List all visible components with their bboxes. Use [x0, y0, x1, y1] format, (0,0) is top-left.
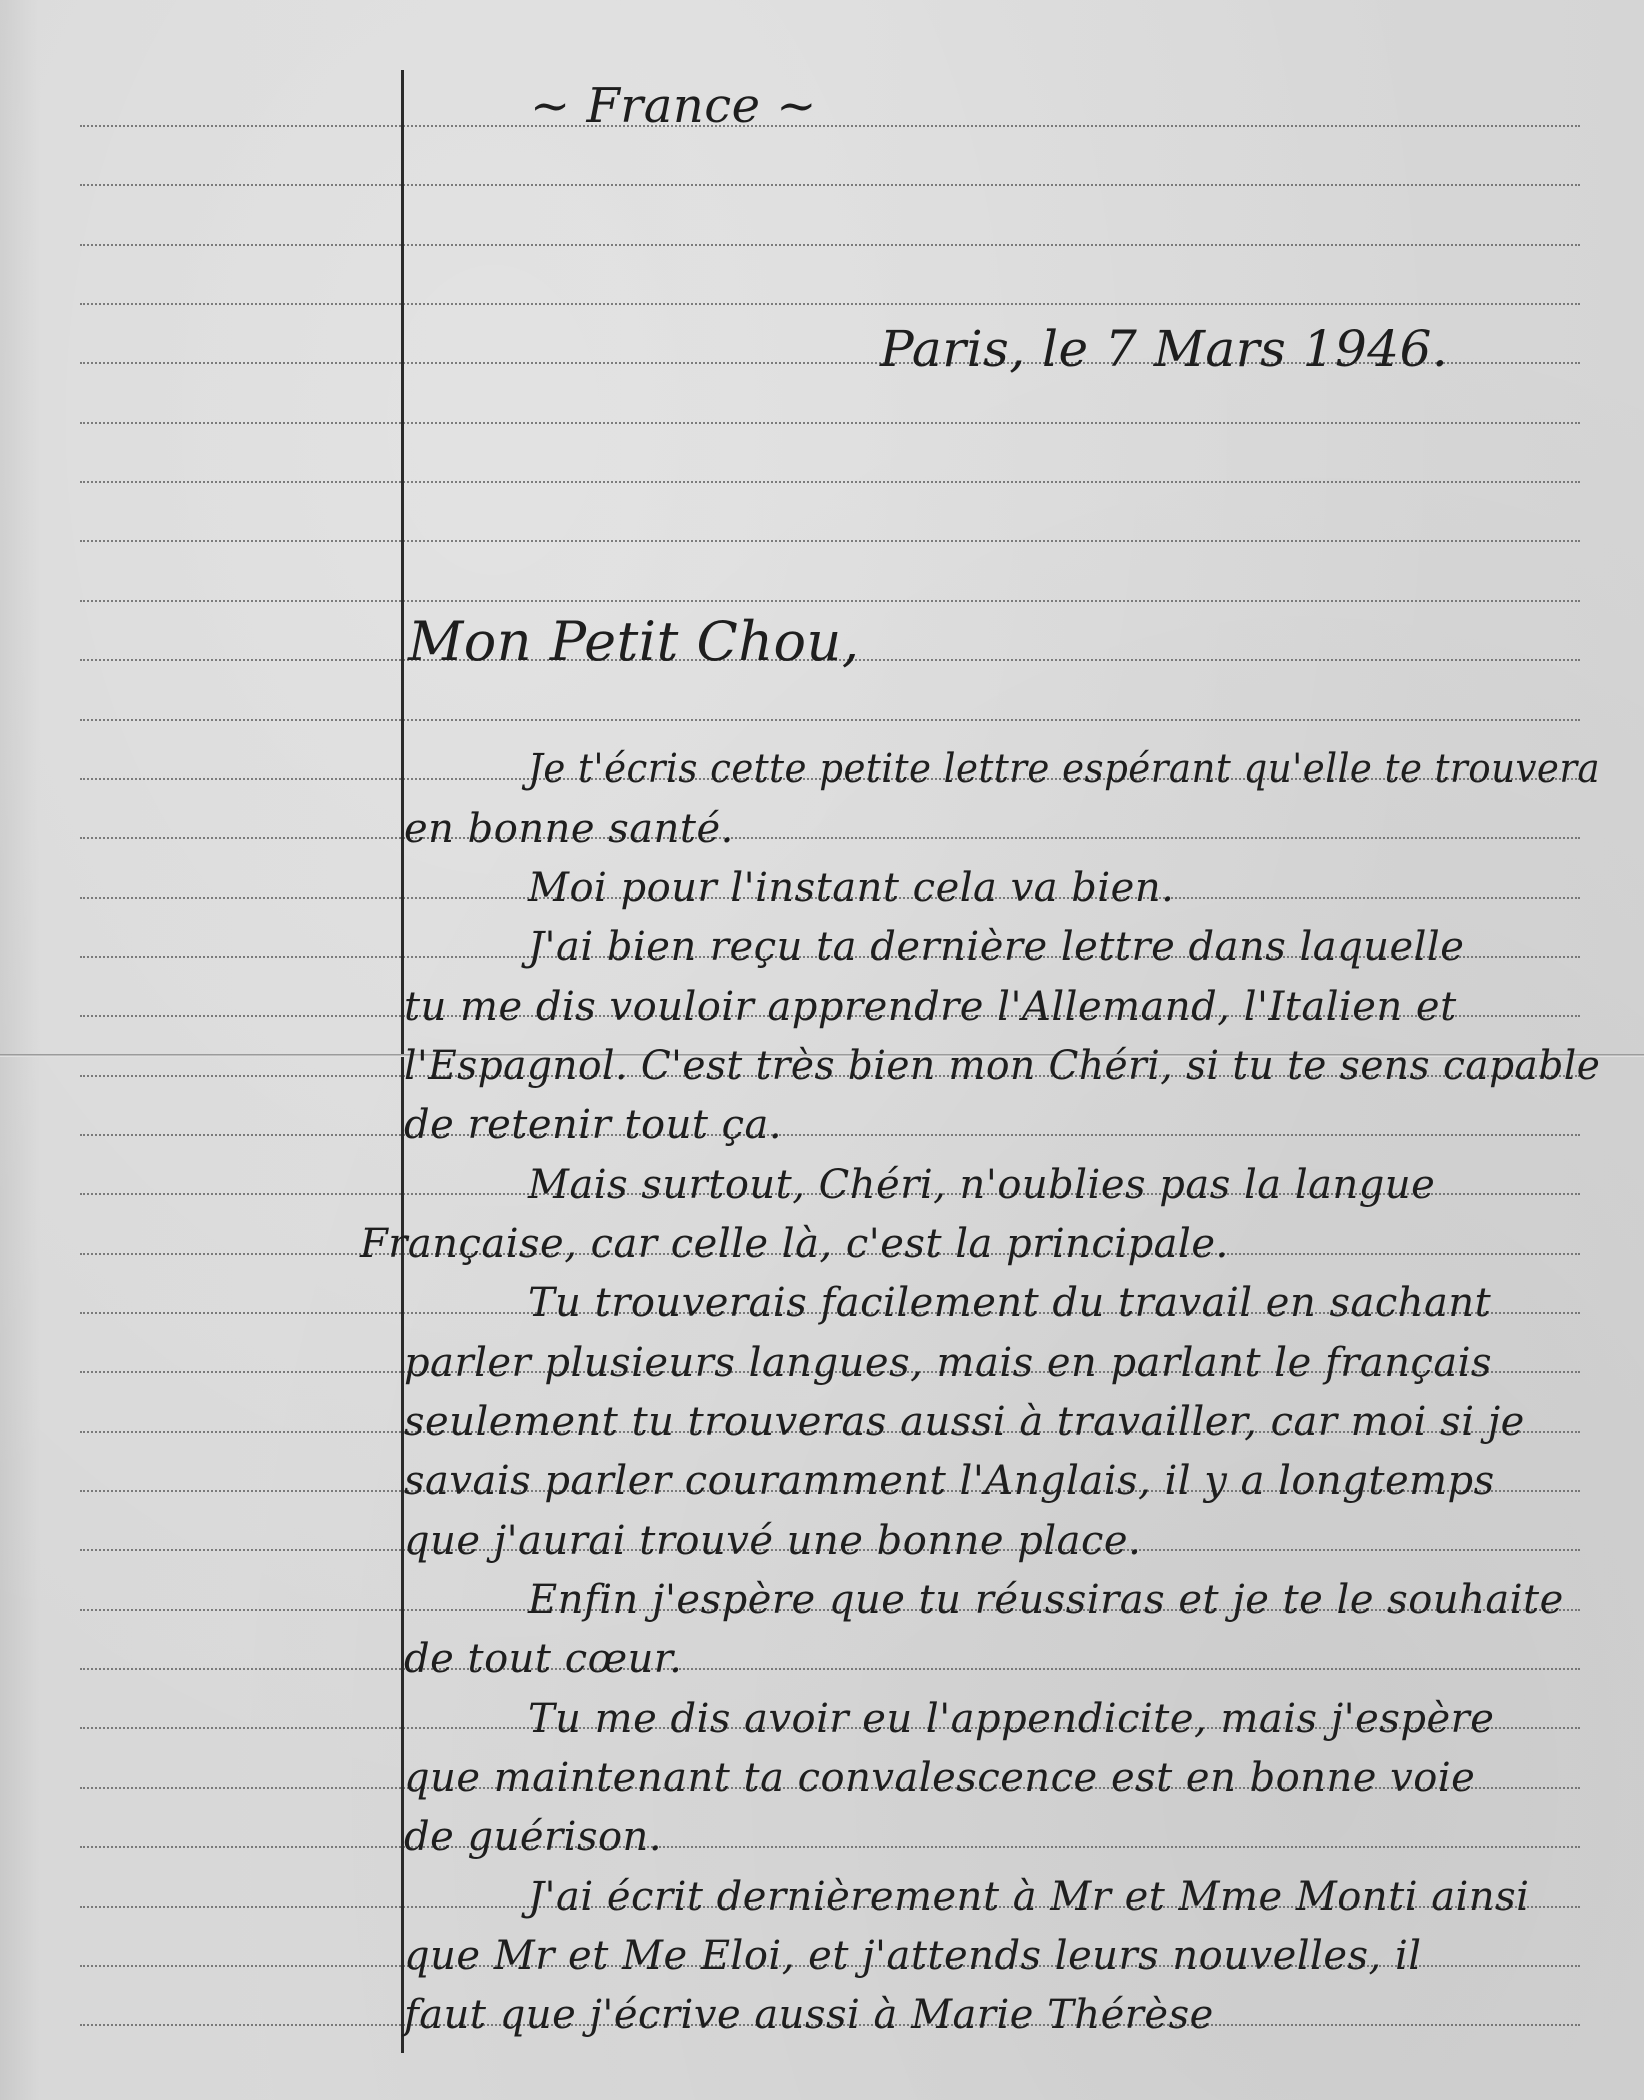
- letter-line: Enfin j'espère que tu réussiras et je te…: [528, 1577, 1564, 1623]
- ruled-line: [80, 184, 1580, 186]
- letter-line: Tu trouverais facilement du travail en s…: [528, 1280, 1491, 1326]
- ruled-line: [80, 1668, 1580, 1670]
- letter-line: Tu me dis avoir eu l'appendicite, mais j…: [528, 1696, 1494, 1742]
- letter-line: parler plusieurs langues, mais en parlan…: [404, 1340, 1492, 1386]
- ruled-line: [80, 481, 1580, 483]
- letter-line: Moi pour l'instant cela va bien.: [528, 865, 1174, 911]
- ruled-line: [80, 719, 1580, 721]
- ruled-line: [80, 125, 1580, 127]
- letter-line: l'Espagnol. C'est très bien mon Chéri, s…: [404, 1043, 1600, 1089]
- salutation: Mon Petit Chou,: [408, 610, 860, 673]
- letter-line: Mais surtout, Chéri, n'oublies pas la la…: [528, 1162, 1435, 1208]
- ruled-line: [80, 244, 1580, 246]
- ruled-line: [80, 600, 1580, 602]
- letter-line: de tout cœur.: [404, 1636, 682, 1682]
- ruled-line: [80, 303, 1580, 305]
- letter-heading: ~ France ~: [530, 78, 817, 134]
- ruled-line: [80, 540, 1580, 542]
- letter-line: tu me dis vouloir apprendre l'Allemand, …: [404, 984, 1457, 1030]
- letter-line: de guérison.: [404, 1814, 662, 1860]
- letter-line: savais parler couramment l'Anglais, il y…: [404, 1458, 1495, 1504]
- ruled-line: [80, 422, 1580, 424]
- letter-line: que Mr et Me Eloi, et j'attends leurs no…: [404, 1933, 1422, 1979]
- letter-line: J'ai écrit dernièrement à Mr et Mme Mont…: [528, 1874, 1529, 1920]
- letter-line: en bonne santé.: [404, 806, 734, 852]
- letter-line: J'ai bien reçu ta dernière lettre dans l…: [528, 924, 1464, 970]
- letter-line: que j'aurai trouvé une bonne place.: [404, 1518, 1141, 1564]
- letter-line: seulement tu trouveras aussi à travaille…: [404, 1399, 1525, 1445]
- place-date: Paris, le 7 Mars 1946.: [880, 320, 1448, 378]
- letter-line: de retenir tout ça.: [404, 1102, 782, 1148]
- letter-page: ~ France ~ Paris, le 7 Mars 1946. Mon Pe…: [0, 0, 1644, 2100]
- letter-line: faut que j'écrive aussi à Marie Thérèse: [404, 1992, 1214, 2038]
- letter-line: que maintenant ta convalescence est en b…: [404, 1755, 1475, 1801]
- ruled-line: [80, 1134, 1580, 1136]
- letter-line: Je t'écris cette petite lettre espérant …: [528, 746, 1600, 792]
- ruled-line: [80, 1846, 1580, 1848]
- ruled-line: [80, 837, 1580, 839]
- letter-line: Française, car celle là, c'est la princi…: [360, 1221, 1229, 1267]
